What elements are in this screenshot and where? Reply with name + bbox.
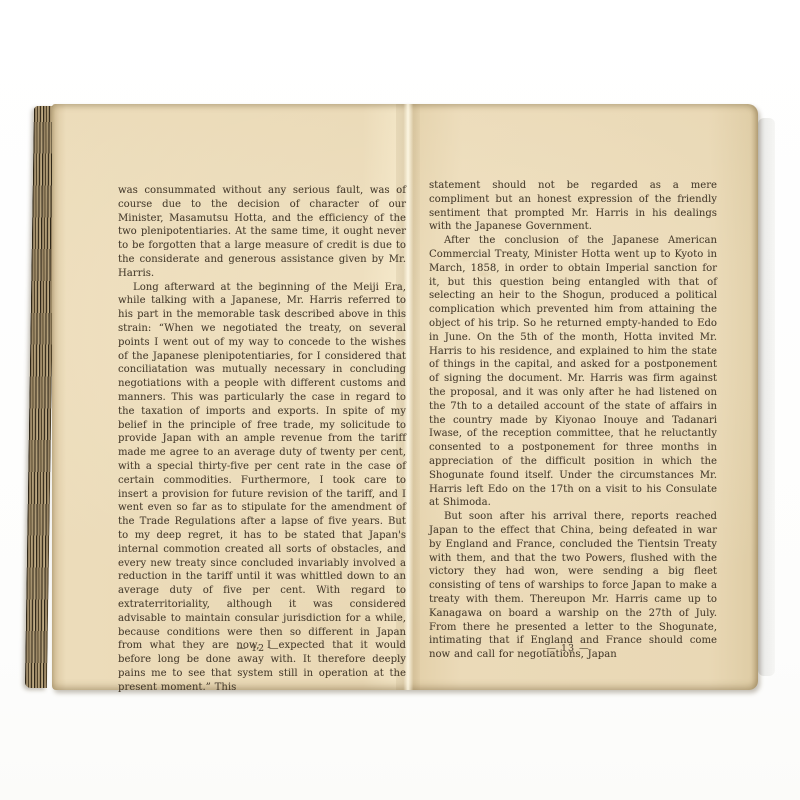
page-12-paragraph-harris-quote: Long afterward at the beginning of the M… xyxy=(118,281,406,695)
page-13-paragraph-continuation: statement should not be regarded as a me… xyxy=(429,179,717,234)
page-13-paragraph-tientsin: But soon after his arrival there, report… xyxy=(429,510,717,662)
page-12-paragraph-continuation: was consummated without any serious faul… xyxy=(118,184,406,281)
book-pages-paper: was consummated without any serious faul… xyxy=(52,104,758,690)
page-13-text: statement should not be regarded as a me… xyxy=(429,179,717,662)
page-number-12: — 12 — xyxy=(114,643,402,654)
page-12-text: was consummated without any serious faul… xyxy=(118,184,406,694)
scanned-photo-background: was consummated without any serious faul… xyxy=(0,0,800,800)
page-number-13: — 13 — xyxy=(424,643,712,654)
open-book-spread: was consummated without any serious faul… xyxy=(36,104,768,690)
page-13-paragraph-hotta-kyoto: After the conclusion of the Japanese Ame… xyxy=(429,234,717,510)
